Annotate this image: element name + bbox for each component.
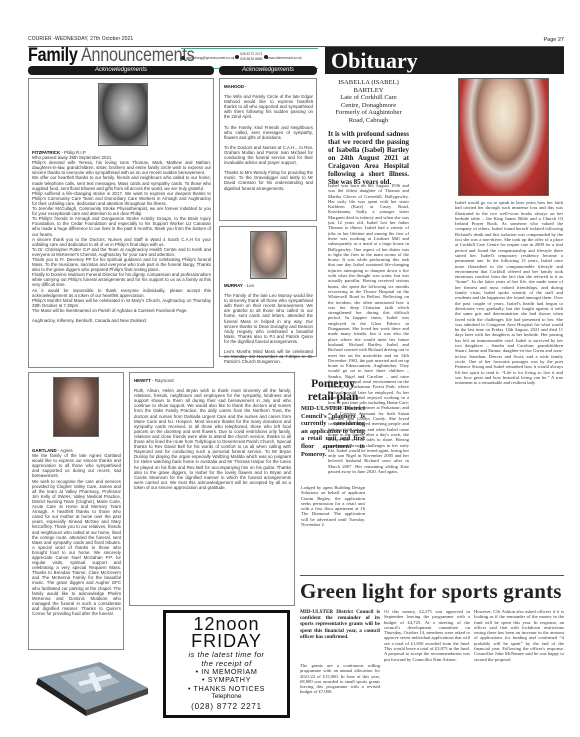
photo-murray [250, 231, 287, 279]
deadline-day: FRIDAY [166, 633, 287, 650]
photo-bartley [458, 78, 549, 196]
notice-murray: MURRAY - Leo The Family of the late Leo … [219, 226, 317, 357]
notice-hewitt: HEWITT - Raymond Ruth, Alison, Helen and… [129, 372, 295, 606]
notice-gartland: GARTLAND - Agnes We the family of the la… [28, 372, 124, 650]
photo-gartland [53, 377, 99, 437]
photo-fitzpatrick [98, 83, 148, 146]
acknowledgements-header-left: Acknowledgements [28, 66, 214, 75]
deadline-telephone: (028) 8772 2271 [166, 702, 287, 711]
green-light-col-3: However, Cllr Ashton also asked officers… [474, 609, 564, 662]
email-icon [181, 56, 185, 60]
page-number: Page 27 [544, 37, 565, 43]
pomeroy-lede: MID-ULSTER District Council's planners i… [301, 405, 365, 458]
fitzpatrick-locations: Aughnacloy, Kilkenny, Benburb, Canada an… [32, 318, 211, 323]
obituary-col-2: Isabel would go on to speak in later yea… [455, 200, 563, 566]
phone-icon [235, 55, 239, 59]
green-light-lede: MID-ULSTER District Council is confident… [300, 609, 380, 640]
contact-phone-2: 028 8676 8882 [240, 57, 263, 62]
green-light-headline: Green light for sports grants [300, 579, 562, 603]
acknowledgements-header-right: Acknowledgements [219, 66, 317, 75]
contact-email[interactable]: advertising@tyronecourier.co.uk [186, 56, 235, 60]
obituary-lede: It is with profound sadness that we reco… [328, 130, 409, 186]
green-light-col-2: Of this money, £2,275 was approved in Se… [384, 609, 470, 662]
obituary-header: Obituary [325, 47, 564, 74]
pomeroy-body: Lodged by agent Building Design Solution… [301, 485, 365, 527]
green-light-col-1: The grants are a continuous rolling prog… [300, 663, 380, 695]
pomeroy-headline: Pomeroy retail plan [300, 378, 366, 404]
divider [300, 575, 564, 576]
notice-mahood: MAHOOD - The Wife and Family Circle of t… [219, 78, 317, 221]
notice-fitzpatrick: FITZPATRICK - Philip R.I.P Who passed aw… [28, 78, 214, 368]
deadline-advert: 12noon FRIDAY is the latest time for the… [163, 610, 290, 718]
dateline: COURIER -WEDNESDAY, 27th October 2021 [28, 36, 133, 42]
contact-website[interactable]: www.ulsterherald.co.uk [267, 56, 302, 60]
obituary-name-block: ISABELLA (ISABEL) BARTLEY Late of Corkhi… [330, 79, 407, 125]
section-title: Family Announcements [28, 45, 194, 67]
bible-cross-icon [30, 660, 150, 720]
